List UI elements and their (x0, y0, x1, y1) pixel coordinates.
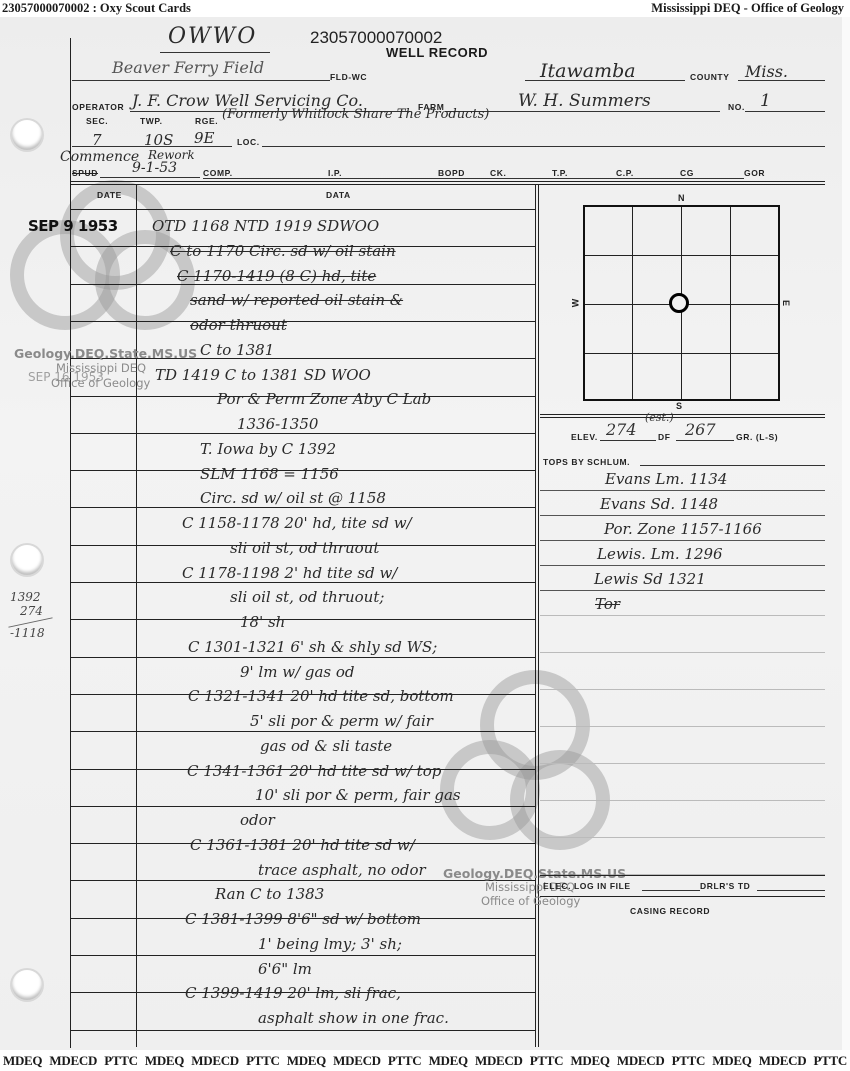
data-column-divider (535, 185, 536, 1047)
ruled-line (71, 1030, 535, 1031)
date-column-header: DATE (97, 190, 122, 200)
elev-line (600, 440, 656, 441)
elev-value: 274 (606, 420, 637, 439)
publisher-title: Mississippi DEQ - Office of Geology (651, 0, 844, 17)
ruled-line (540, 689, 825, 690)
formation-top: Evans Lm. 1134 (605, 470, 727, 488)
data-line: C 1321-1341 20' hd tite sd, bottom (188, 687, 454, 705)
plat-north: N (678, 193, 685, 203)
elev-label: ELEV. (571, 432, 598, 442)
well-no-value: 1 (760, 91, 771, 111)
loc-line (262, 146, 825, 147)
data-line: C 1361-1381 20' hd tite sd w/ (190, 836, 415, 854)
state-line (738, 80, 825, 81)
footer-item: PTTC (530, 1050, 563, 1071)
formation-top: Evans Sd. 1148 (600, 495, 718, 513)
data-line: 9' lm w/ gas od (240, 663, 355, 681)
footer-item: PTTC (246, 1050, 279, 1071)
rge-value: 9E (194, 129, 215, 147)
footer-item: MDEQ (429, 1050, 468, 1071)
county-label: COUNTY (690, 72, 730, 82)
data-line: OTD 1168 NTD 1919 SDWOO (152, 217, 379, 235)
well-location-icon (669, 293, 689, 313)
status-note: OWWO (168, 24, 257, 49)
well-no-line (745, 111, 825, 112)
data-line: asphalt show in one frac. (258, 1009, 449, 1027)
data-line: Ran C to 1383 (215, 885, 324, 903)
tops-ruled-line (540, 515, 825, 516)
margin-calc-1: 1392 (10, 590, 41, 604)
plat-rule (540, 414, 825, 415)
data-line: Por & Perm Zone Aby C Lab (217, 390, 431, 408)
field-label: FLD-WC (330, 72, 367, 82)
data-column-header: DATA (326, 190, 351, 200)
tops-ruled-line (540, 490, 825, 491)
data-line: C to 1381 (200, 341, 274, 359)
tp-label: T.P. (552, 168, 616, 179)
bopd-label: BOPD (438, 168, 490, 179)
ruled-line (71, 657, 535, 658)
data-line: sand w/ reported oil stain & (190, 291, 403, 309)
footer-item: PTTC (388, 1050, 421, 1071)
paper-edge (842, 17, 850, 1050)
df-label: DF (658, 432, 671, 442)
data-line: C to 1170 Circ. sd w/ oil stain (170, 242, 396, 260)
tops-label: TOPS BY SCHLUM. (543, 457, 630, 467)
ruled-line (71, 321, 535, 322)
gor-label: GOR (744, 168, 765, 179)
data-column-divider (538, 185, 539, 1047)
cg-label: CG (680, 168, 744, 179)
footer-item: MDECD (49, 1050, 97, 1071)
form-title: WELL RECORD (386, 45, 488, 60)
footer-item: MDEQ (287, 1050, 326, 1071)
county-line (525, 80, 685, 81)
tops-ruled-line (540, 565, 825, 566)
punch-hole-icon (12, 120, 42, 150)
status-underline (160, 52, 270, 53)
ruled-line (71, 955, 535, 956)
data-line: C 1341-1361 20' hd tite sd w/ top (187, 762, 441, 780)
margin-line (70, 38, 71, 1048)
margin-calc-3: -1118 (10, 626, 45, 640)
tops-line (640, 465, 825, 466)
county-value: Itawamba (540, 60, 636, 82)
tops-ruled-line (540, 540, 825, 541)
elev-note: (est.) (645, 411, 674, 424)
data-line: T. Iowa by C 1392 (200, 440, 336, 458)
comp-label: COMP. (203, 168, 300, 179)
viewer-title-bar: 23057000070002 : Oxy Scout Cards Mississ… (0, 0, 850, 17)
data-line: TD 1419 C to 1381 SD WOO (155, 366, 371, 384)
twp-label: TWP. (140, 116, 163, 126)
field-value: Beaver Ferry Field (112, 58, 264, 77)
data-line: odor (240, 811, 275, 829)
sec-twp-rge-line (72, 146, 232, 147)
punch-hole-icon (12, 545, 42, 575)
footer-item: MDECD (617, 1050, 665, 1071)
ip-label: I.P. (300, 168, 438, 179)
data-line: 10' sli por & perm, fair gas (255, 786, 461, 804)
data-line: 1336-1350 (237, 415, 318, 433)
ruled-line (71, 209, 535, 210)
footer-item: MDEQ (3, 1050, 42, 1071)
tops-ruled-line (540, 590, 825, 591)
data-line: sli oil st, od thruout; (230, 588, 384, 606)
formation-top: Tor (595, 595, 620, 613)
data-line: C 1381-1399 8'6" sd w/ bottom (185, 910, 421, 928)
ruled-line (540, 800, 825, 801)
spud-override: Commence (60, 149, 139, 165)
data-line: 5' sli por & perm w/ fair (250, 712, 433, 730)
footer-item: MDEQ (145, 1050, 184, 1071)
spud-label: SPUD (72, 168, 98, 178)
margin-calc-2: 274 (20, 604, 43, 618)
elec-log-label: ELEC. LOG IN FILE (543, 881, 631, 891)
footer-item: MDECD (475, 1050, 523, 1071)
data-line: sli oil st, od thruout (230, 539, 379, 557)
ruled-line (71, 433, 535, 434)
footer-item: MDECD (191, 1050, 239, 1071)
data-line: C 1399-1419 20' lm, sli frac, (185, 984, 401, 1002)
ruled-line (71, 582, 535, 583)
footer-item: MDEQ (570, 1050, 609, 1071)
footer-item: PTTC (672, 1050, 705, 1071)
footer-item: MDECD (759, 1050, 807, 1071)
ruled-line (540, 652, 825, 653)
data-line: C 1301-1321 6' sh & shly sd WS; (188, 638, 437, 656)
document-title: 23057000070002 : Oxy Scout Cards (2, 0, 191, 17)
spud-line (100, 177, 200, 178)
casing-rule (540, 896, 825, 897)
ruled-line (540, 615, 825, 616)
formation-top: Lewis. Lm. 1296 (597, 545, 723, 563)
cp-label: C.P. (616, 168, 680, 179)
casing-record-label: CASING RECORD (630, 906, 710, 916)
drlr-td-line (757, 890, 825, 891)
sec-label: SEC. (86, 116, 108, 126)
data-line: gas od & sli taste (260, 737, 392, 755)
state-value: Miss. (745, 62, 788, 81)
plat-west: W (570, 299, 580, 308)
watermark-site: Geology.DEQ.State.MS.US (14, 346, 197, 361)
gr-label: GR. (L-S) (736, 432, 778, 442)
well-no-label: NO. (728, 102, 745, 112)
data-line: odor thruout (190, 316, 287, 334)
ck-label: CK. (490, 168, 552, 179)
header-rule (71, 181, 825, 182)
footer-item: PTTC (104, 1050, 137, 1071)
farm-value: W. H. Summers (518, 91, 651, 111)
footer-item: PTTC (814, 1050, 847, 1071)
operator-note: (Formerly Whitlock Share The Products) (222, 107, 489, 122)
ruled-line (71, 507, 535, 508)
data-line: C 1170-1419 (8 C) hd, tite (177, 267, 376, 285)
data-line: 18' sh (240, 613, 285, 631)
punch-hole-icon (12, 970, 42, 1000)
ruled-line (71, 806, 535, 807)
watermark-line2: Office of Geology (51, 376, 150, 390)
loc-label: LOC. (237, 137, 260, 147)
ruled-line (71, 731, 535, 732)
ruled-line (540, 726, 825, 727)
casing-rule (540, 875, 825, 876)
formation-top: Lewis Sd 1321 (594, 570, 706, 588)
df-line (676, 440, 734, 441)
data-line: 6'6" lm (258, 960, 312, 978)
footer-item: MDECD (333, 1050, 381, 1071)
data-line: SLM 1168 = 1156 (200, 465, 339, 483)
plat-east: E (781, 300, 791, 306)
data-line: trace asphalt, no odor (258, 861, 426, 879)
completion-fields: COMP. I.P. BOPD CK. T.P. C.P. CG GOR (203, 168, 825, 179)
date-stamp: SEP 9 1953 (28, 217, 118, 235)
data-line: C 1158-1178 20' hd, tite sd w/ (182, 514, 412, 532)
footer-item: MDEQ (712, 1050, 751, 1071)
df-value: 267 (685, 420, 716, 439)
data-line: 1' being lmy; 3' sh; (258, 935, 402, 953)
drlr-td-label: DRLR'S TD (700, 881, 750, 891)
elec-log-line (642, 890, 700, 891)
field-line (72, 80, 330, 81)
plat-rule (540, 417, 825, 418)
spud-value: 9-1-53 (132, 160, 177, 176)
operator-label: OPERATOR (72, 102, 124, 112)
data-line: Circ. sd w/ oil st @ 1158 (200, 489, 386, 507)
ruled-line (540, 763, 825, 764)
plat-south: S (676, 401, 682, 411)
data-line: C 1178-1198 2' hd tite sd w/ (182, 564, 397, 582)
ruled-line (71, 619, 535, 620)
rge-label: RGE. (195, 116, 218, 126)
ruled-line (540, 837, 825, 838)
header-rule (71, 184, 825, 185)
formation-top: Por. Zone 1157-1166 (604, 520, 762, 538)
watermark-site: Geology.DEQ.State.MS.US (443, 866, 626, 881)
viewer-footer: MDEQMDECDPTTCMDEQMDECDPTTCMDEQMDECDPTTCM… (0, 1050, 850, 1071)
